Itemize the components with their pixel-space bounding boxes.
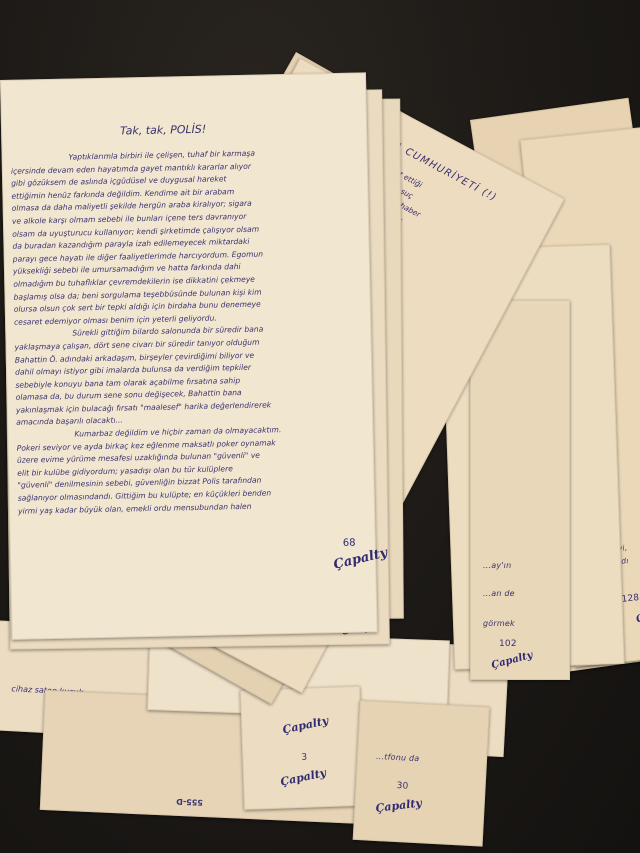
handwritten-word: ...ay'ın: [483, 561, 511, 570]
handwritten-word: görmek: [483, 619, 515, 628]
bottom-sheet-30: ...tfonu da 30 Çapalty: [353, 700, 490, 847]
signature: Çapalty: [279, 766, 327, 788]
stamp-text: 555-D: [176, 797, 203, 807]
handwritten-word: ...an de: [483, 589, 515, 598]
front-page-text: Yaptıklarımla birbiri ile çelişen, tuhaf…: [11, 146, 364, 518]
signature: Çapalty: [490, 650, 534, 672]
page-number: 3: [301, 753, 307, 763]
signature: Çapalty: [375, 796, 423, 815]
photo-scene: bâyla kanıdı ve ...n ve ...ebi de, ...li…: [0, 0, 640, 853]
front-page: Tak, tak, POLİS! Yaptıklarımla birbiri i…: [0, 72, 378, 640]
page-number: 68: [343, 538, 356, 549]
page-number: 102: [499, 639, 517, 649]
fanned-sheet-102: ...ay'ın ...an de görmek 102 Çapalty: [470, 300, 570, 680]
page-number: 30: [396, 781, 408, 792]
bottom-sheet-3: Çapalty 3 Çapalty: [240, 686, 364, 810]
signature: Çapalty: [635, 600, 640, 625]
signature: Çapalty: [281, 714, 329, 736]
chapter-title: Tak, tak, POLİS!: [120, 123, 206, 138]
handwritten-word: ...tfonu da: [376, 752, 420, 763]
page-number: 128: [621, 593, 640, 605]
